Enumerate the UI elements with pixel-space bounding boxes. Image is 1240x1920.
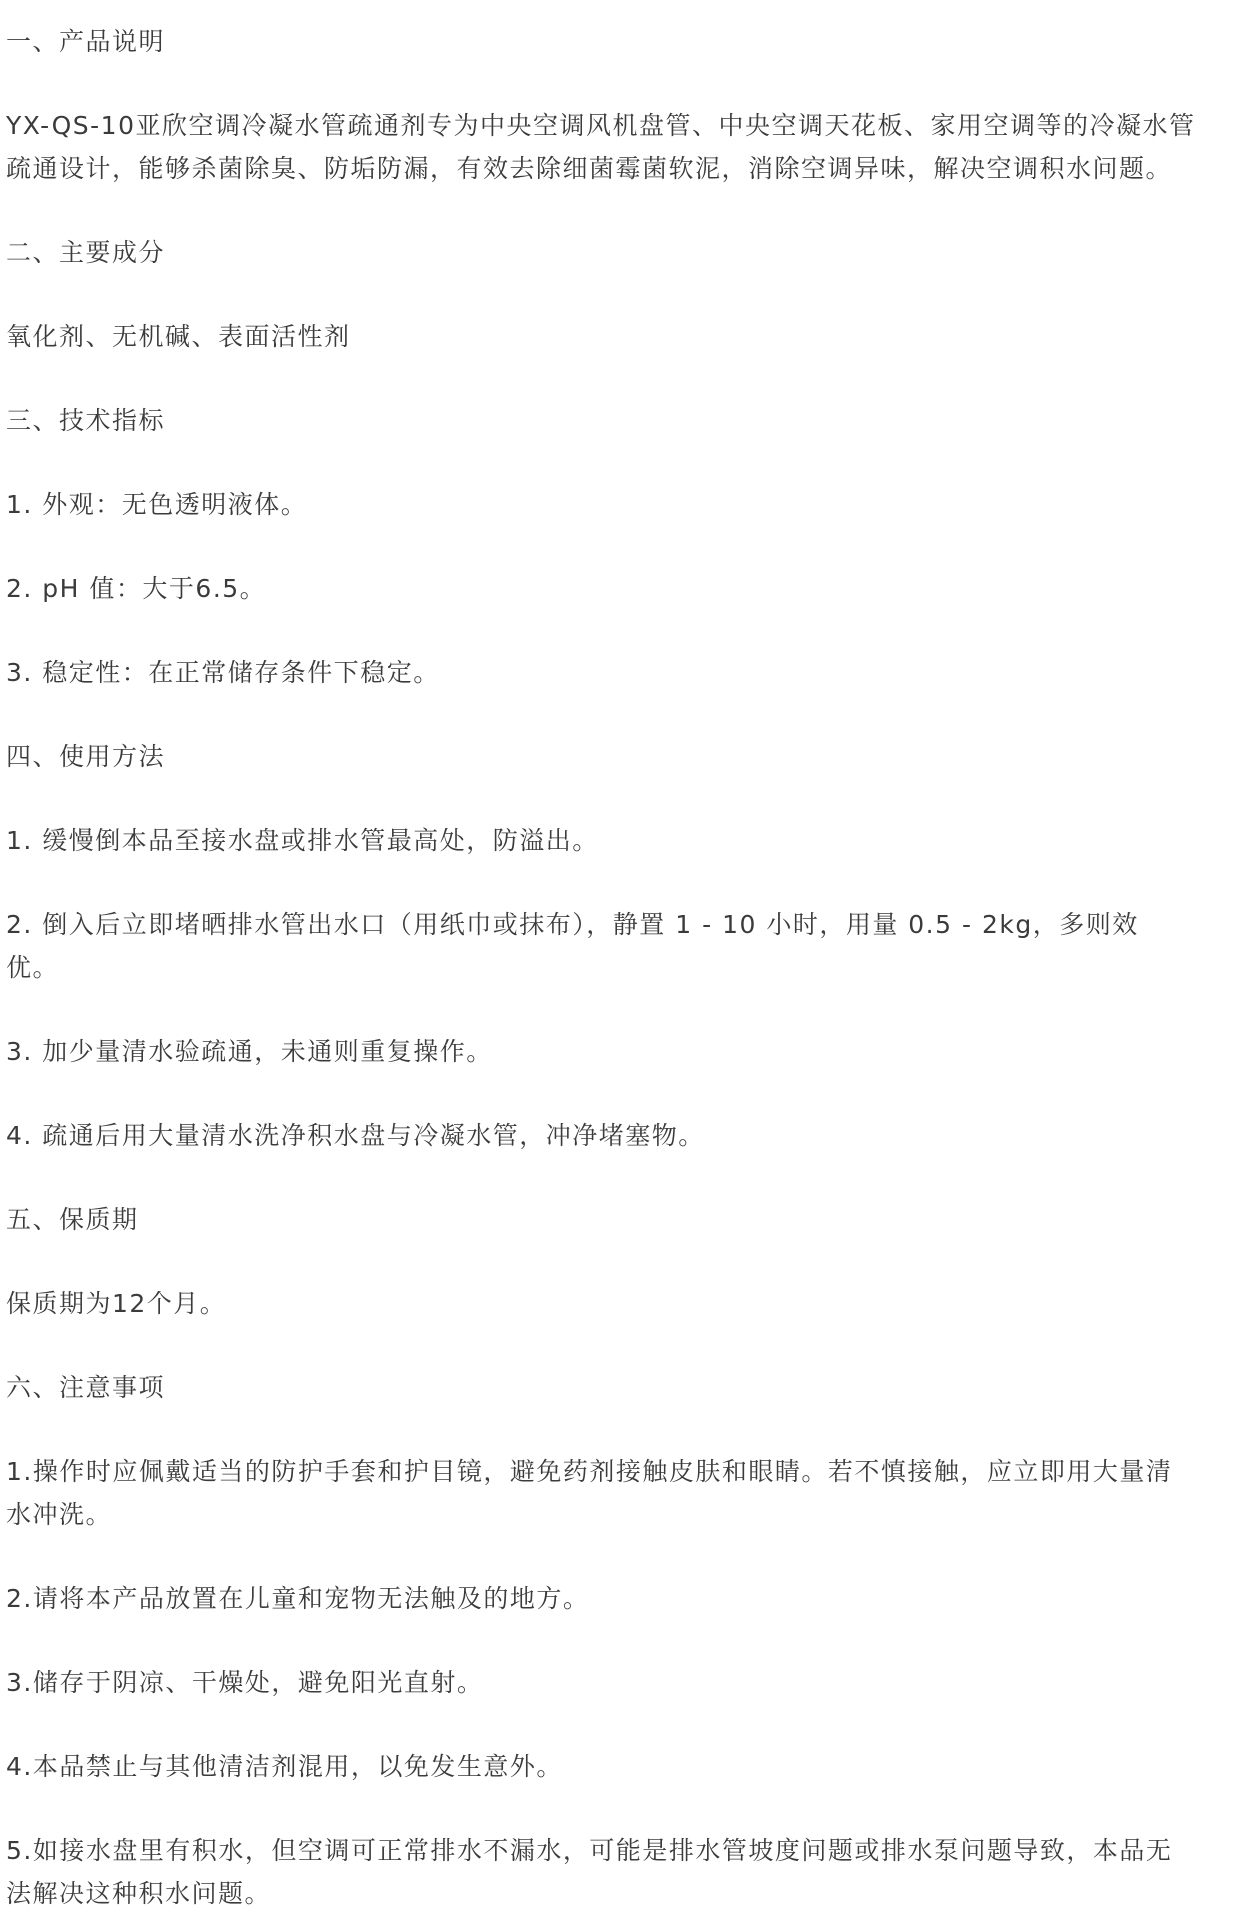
paragraph-line: 5.如接水盘里有积水，但空调可正常排水不漏水，可能是排水管坡度问题或排水泵问题导…: [6, 1829, 1234, 1872]
paragraph-line: 1. 外观：无色透明液体。: [6, 483, 1234, 526]
paragraph-line: YX-QS-10亚欣空调冷凝水管疏通剂专为中央空调风机盘管、中央空调天花板、家用…: [6, 104, 1234, 147]
paragraph-line: 水冲洗。: [6, 1493, 1234, 1536]
paragraph-line: 3.储存于阴凉、干燥处，避免阳光直射。: [6, 1661, 1234, 1704]
document-section: 六、注意事项1.操作时应佩戴适当的防护手套和护目镜，避免药剂接触皮肤和眼睛。若不…: [6, 1366, 1234, 1915]
paragraph: 3. 加少量清水验疏通，未通则重复操作。: [6, 1030, 1234, 1073]
paragraph-line: 2. pH 值：大于6.5。: [6, 567, 1234, 610]
paragraph: 4.本品禁止与其他清洁剂混用，以免发生意外。: [6, 1745, 1234, 1788]
paragraph-line: 法解决这种积水问题。: [6, 1872, 1234, 1915]
paragraph-line: 3. 加少量清水验疏通，未通则重复操作。: [6, 1030, 1234, 1073]
paragraph: 保质期为12个月。: [6, 1282, 1234, 1325]
paragraph: 1.操作时应佩戴适当的防护手套和护目镜，避免药剂接触皮肤和眼睛。若不慎接触，应立…: [6, 1450, 1234, 1536]
paragraph-line: 保质期为12个月。: [6, 1282, 1234, 1325]
paragraph-line: 2. 倒入后立即堵晒排水管出水口（用纸巾或抹布），静置 1 - 10 小时，用量…: [6, 903, 1234, 946]
document-section: 一、产品说明YX-QS-10亚欣空调冷凝水管疏通剂专为中央空调风机盘管、中央空调…: [6, 20, 1234, 190]
document-section: 五、保质期保质期为12个月。: [6, 1198, 1234, 1325]
paragraph: 2. 倒入后立即堵晒排水管出水口（用纸巾或抹布），静置 1 - 10 小时，用量…: [6, 903, 1234, 989]
document-section: 四、使用方法1. 缓慢倒本品至接水盘或排水管最高处，防溢出。2. 倒入后立即堵晒…: [6, 735, 1234, 1157]
paragraph: 2. pH 值：大于6.5。: [6, 567, 1234, 610]
paragraph: 氧化剂、无机碱、表面活性剂: [6, 315, 1234, 358]
paragraph-line: 疏通设计，能够杀菌除臭、防垢防漏，有效去除细菌霉菌软泥，消除空调异味，解决空调积…: [6, 147, 1234, 190]
paragraph-line: 氧化剂、无机碱、表面活性剂: [6, 315, 1234, 358]
section-heading: 四、使用方法: [6, 735, 1234, 778]
paragraph-line: 4.本品禁止与其他清洁剂混用，以免发生意外。: [6, 1745, 1234, 1788]
paragraph-line: 1.操作时应佩戴适当的防护手套和护目镜，避免药剂接触皮肤和眼睛。若不慎接触，应立…: [6, 1450, 1234, 1493]
paragraph: 3.储存于阴凉、干燥处，避免阳光直射。: [6, 1661, 1234, 1704]
paragraph-line: 4. 疏通后用大量清水洗净积水盘与冷凝水管，冲净堵塞物。: [6, 1114, 1234, 1157]
paragraph: 1. 缓慢倒本品至接水盘或排水管最高处，防溢出。: [6, 819, 1234, 862]
section-heading: 二、主要成分: [6, 231, 1234, 274]
paragraph: 5.如接水盘里有积水，但空调可正常排水不漏水，可能是排水管坡度问题或排水泵问题导…: [6, 1829, 1234, 1915]
section-heading: 一、产品说明: [6, 20, 1234, 63]
paragraph: 1. 外观：无色透明液体。: [6, 483, 1234, 526]
document-section: 三、技术指标1. 外观：无色透明液体。2. pH 值：大于6.5。3. 稳定性：…: [6, 399, 1234, 694]
paragraph-line: 2.请将本产品放置在儿童和宠物无法触及的地方。: [6, 1577, 1234, 1620]
paragraph-line: 1. 缓慢倒本品至接水盘或排水管最高处，防溢出。: [6, 819, 1234, 862]
document-section: 二、主要成分氧化剂、无机碱、表面活性剂: [6, 231, 1234, 358]
section-heading: 三、技术指标: [6, 399, 1234, 442]
paragraph-line: 3. 稳定性：在正常储存条件下稳定。: [6, 651, 1234, 694]
paragraph-line: 优。: [6, 946, 1234, 989]
paragraph: 4. 疏通后用大量清水洗净积水盘与冷凝水管，冲净堵塞物。: [6, 1114, 1234, 1157]
paragraph: 2.请将本产品放置在儿童和宠物无法触及的地方。: [6, 1577, 1234, 1620]
page: { "document": { "background_color": "#ff…: [0, 0, 1240, 1920]
paragraph: YX-QS-10亚欣空调冷凝水管疏通剂专为中央空调风机盘管、中央空调天花板、家用…: [6, 104, 1234, 190]
section-heading: 五、保质期: [6, 1198, 1234, 1241]
paragraph: 3. 稳定性：在正常储存条件下稳定。: [6, 651, 1234, 694]
section-heading: 六、注意事项: [6, 1366, 1234, 1409]
product-instruction-document: 一、产品说明YX-QS-10亚欣空调冷凝水管疏通剂专为中央空调风机盘管、中央空调…: [0, 0, 1240, 1915]
